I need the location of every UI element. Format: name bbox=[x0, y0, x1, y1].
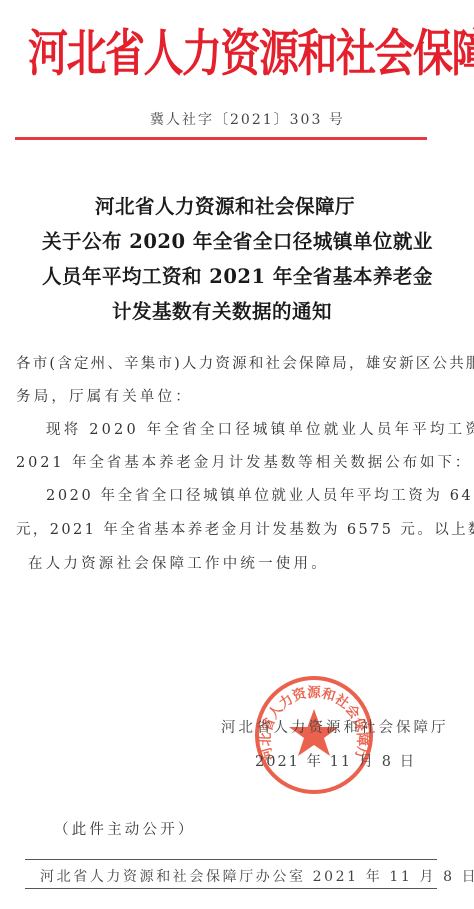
letterhead-title: 河北省人力资源和社会保障厅文件 bbox=[28, 14, 474, 85]
paragraph2-line-2: 元，2021 年全省基本养老金月计发基数为 6575 元。以上数据仅供 bbox=[16, 518, 474, 539]
notice-title-line-3: 人员年平均工资和 2021 年全省基本养老金 bbox=[42, 261, 433, 289]
issue-date: 2021 年 11 月 8 日 bbox=[255, 750, 416, 771]
addressee-line-1: 各市(含定州、辛集市)人力资源和社会保障局，雄安新区公共服 bbox=[16, 352, 474, 373]
disclosure-note: （此件主动公开） bbox=[54, 818, 196, 839]
paragraph1-line-2: 2021 年全省基本养老金月计发基数等相关数据公布如下： bbox=[16, 451, 472, 472]
notice-title-line-4: 计发基数有关数据的通知 bbox=[112, 296, 332, 324]
paragraph2-line-3: 在人力资源社会保障工作中统一使用。 bbox=[28, 552, 329, 573]
notice-title-line-2: 关于公布 2020 年全省全口径城镇单位就业 bbox=[42, 226, 433, 254]
addressee-line-2: 务局，厅属有关单位： bbox=[16, 385, 193, 406]
document-number: 冀人社字〔2021〕303 号 bbox=[150, 109, 345, 129]
paragraph2-line-1: 2020 年全省全口径城镇单位就业人员年平均工资为 64910 bbox=[46, 484, 474, 505]
footer-bottom-rule bbox=[25, 888, 437, 889]
issuer-name: 河北省人力资源和社会保障厅 bbox=[221, 716, 449, 737]
footer-print-info: 河北省人力资源和社会保障厅办公室 2021 年 11 月 8 日印发 bbox=[40, 866, 474, 886]
notice-title-line-1: 河北省人力资源和社会保障厅 bbox=[95, 191, 355, 219]
footer-top-rule bbox=[25, 859, 437, 860]
red-divider bbox=[15, 137, 427, 140]
paragraph1-line-1: 现将 2020 年全省全口径城镇单位就业人员年平均工资和 bbox=[46, 418, 474, 439]
